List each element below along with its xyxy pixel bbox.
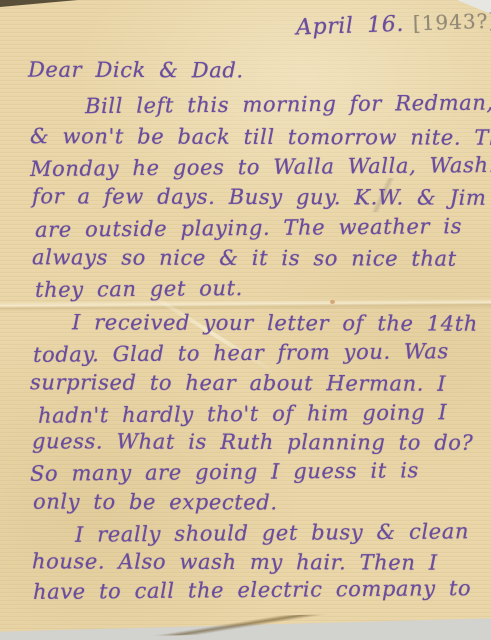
scan-corner-artifact [0, 0, 78, 7]
letter-line: today. Glad to hear from you. Was [33, 339, 449, 367]
salutation: Dear Dick & Dad. [28, 58, 244, 83]
paper-stain [330, 300, 335, 304]
letter-line: have to call the electric company to [33, 576, 471, 604]
letter-line: So many are going I guess it is [30, 458, 419, 485]
letter-line: guess. What is Ruth planning to do? [32, 429, 473, 455]
penciled-year: [1943?] [413, 8, 491, 35]
letter-line: Monday he goes to Walla Walla, Wash. [30, 153, 491, 181]
letter-line: they can get out. [35, 276, 243, 302]
letter-line: hadn't hardly tho't of him going I [38, 400, 447, 428]
letter-line: always so nice & it is so nice that [32, 245, 457, 270]
letter-line: I received your letter of the 14th [72, 310, 478, 335]
letter-line: only to be expected. [33, 490, 278, 515]
letter-line: & won't be back till tomorrow nite. Then [30, 124, 491, 150]
scanned-letter: April 16.[1943?] Dear Dick & Dad. Bill l… [0, 0, 491, 640]
letter-line: are outside playing. The weather is [35, 214, 462, 242]
letter-paper: April 16.[1943?] Dear Dick & Dad. Bill l… [0, 0, 491, 640]
letter-line: I really should get busy & clean [75, 519, 469, 546]
letter-line: for a few days. Busy guy. K.W. & Jim [32, 184, 487, 210]
letter-line: house. Also wash my hair. Then I [32, 549, 438, 574]
letter-date: April 16. [296, 12, 405, 41]
date-line: April 16.[1943?] [296, 8, 491, 40]
letter-line: Bill left this morning for Redman, Oreg. [85, 90, 491, 118]
letter-line: surprised to hear about Herman. I [30, 370, 446, 395]
